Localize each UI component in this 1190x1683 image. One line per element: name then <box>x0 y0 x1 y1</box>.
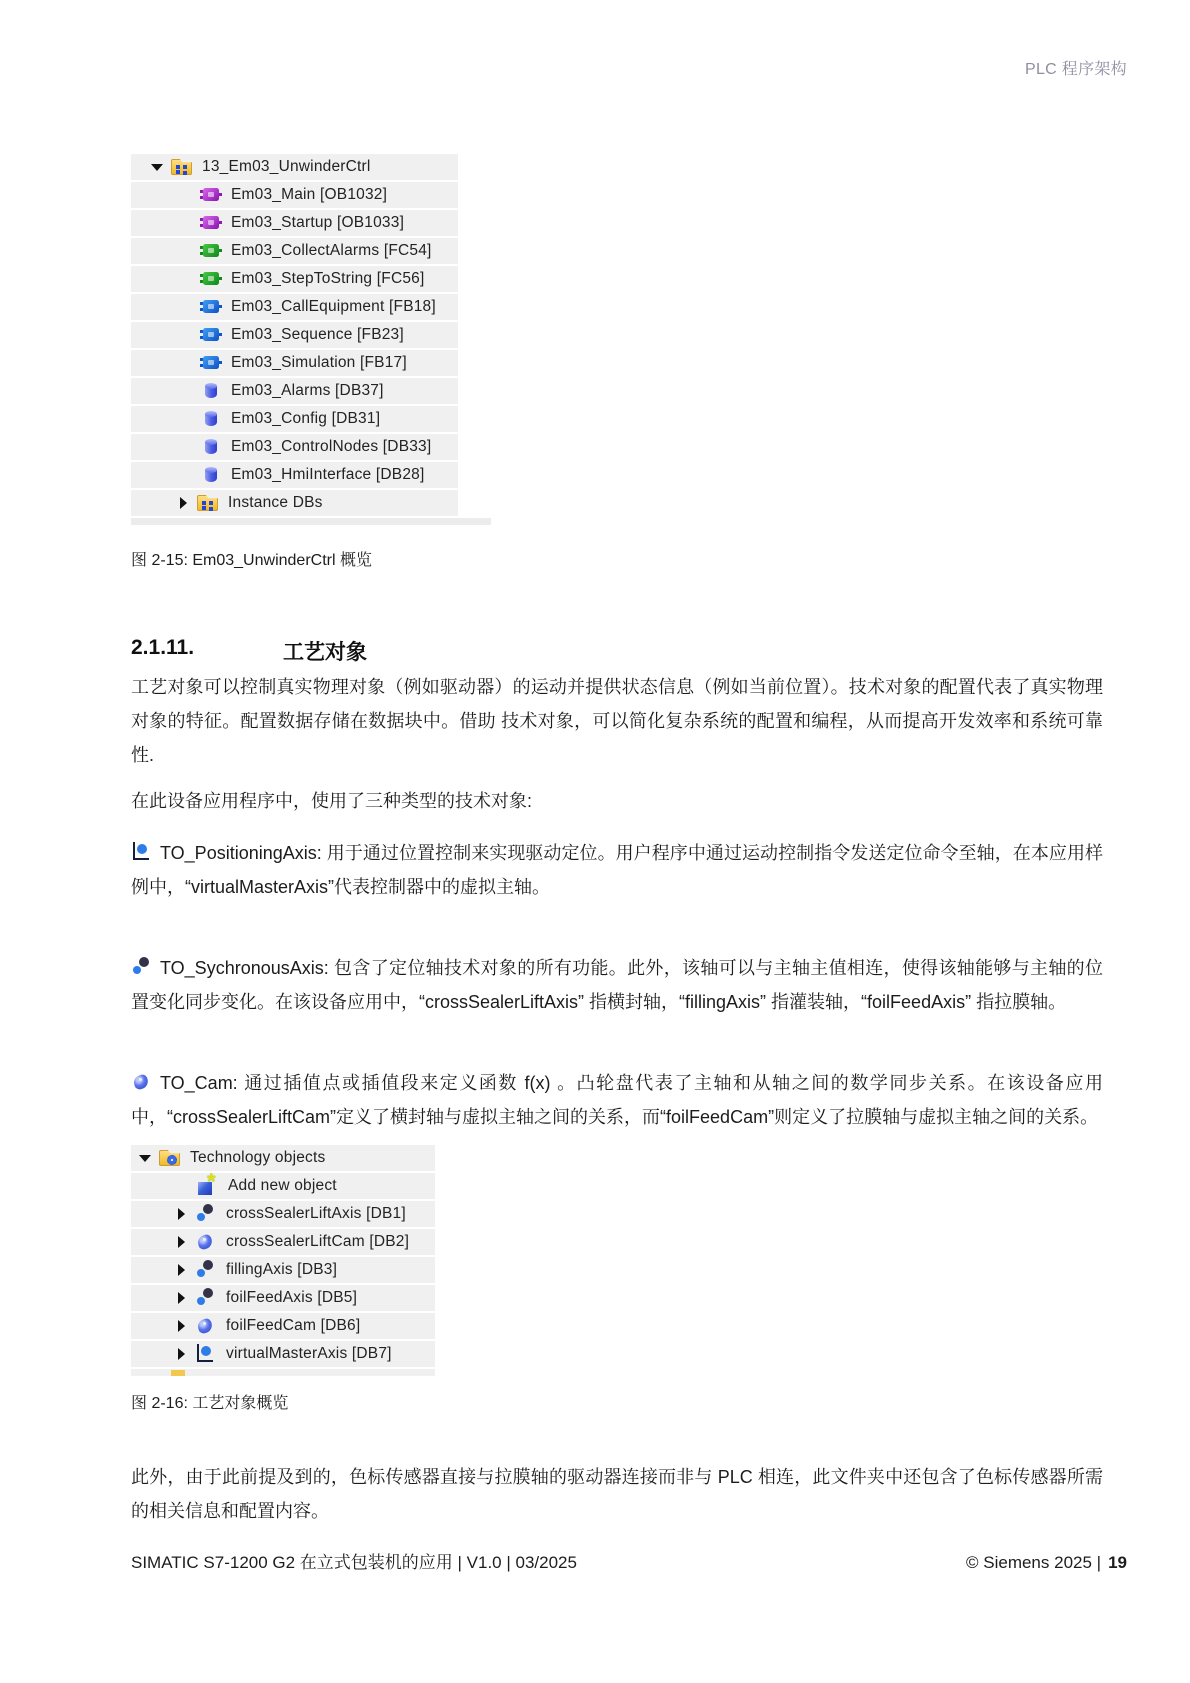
expand-arrow-icon <box>175 1263 189 1277</box>
paragraph-usage: 在此设备应用程序中，使用了三种类型的技术对象: <box>131 784 1103 818</box>
tree-row: Em03_Config [DB31] <box>131 406 458 432</box>
synchronous-axis-icon <box>131 957 155 979</box>
tree-row: fillingAxis [DB3] <box>131 1257 435 1283</box>
expand-arrow-icon <box>151 160 165 174</box>
positioning-axis-icon <box>131 842 155 864</box>
tree-row-label: Em03_Startup [OB1033] <box>231 214 404 232</box>
paragraph-note: 此外，由于此前提及到的，色标传感器直接与拉膜轴的驱动器连接而非与 PLC 相连，… <box>131 1460 1103 1528</box>
tree-row-label: Em03_Sequence [FB23] <box>231 326 404 344</box>
expand-arrow-icon <box>175 1347 189 1361</box>
cam-icon <box>131 1072 155 1094</box>
tree-row: virtualMasterAxis [DB7] <box>131 1341 435 1367</box>
tree-row-label: Em03_Simulation [FB17] <box>231 354 407 372</box>
ob-block-icon <box>200 213 222 233</box>
bullet-text: TO_PositioningAxis: 用于通过位置控制来实现驱动定位。用户程序… <box>131 843 1103 897</box>
ob-block-icon <box>200 185 222 205</box>
expand-arrow-icon <box>175 1235 189 1249</box>
tree-row-label: crossSealerLiftCam [DB2] <box>226 1233 409 1251</box>
db-block-icon <box>200 409 222 429</box>
tree-row: crossSealerLiftAxis [DB1] <box>131 1201 435 1227</box>
technology-object-bullet: TO_PositioningAxis: 用于通过位置控制来实现驱动定位。用户程序… <box>131 836 1103 904</box>
tree-row: Em03_CallEquipment [FB18] <box>131 294 458 320</box>
copyright-text: © Siemens 2025 | <box>966 1553 1101 1572</box>
fb-block-icon <box>200 325 222 345</box>
fc-block-icon <box>200 241 222 261</box>
tree-row: crossSealerLiftCam [DB2] <box>131 1229 435 1255</box>
expand-arrow-icon <box>139 1151 153 1165</box>
expand-arrow-icon <box>175 1207 189 1221</box>
tree-row: Em03_Simulation [FB17] <box>131 350 458 376</box>
program-folder-icon <box>171 157 193 177</box>
tree-row: foilFeedAxis [DB5] <box>131 1285 435 1311</box>
tree-row-label: Em03_ControlNodes [DB33] <box>231 438 431 456</box>
tree-row-label: Em03_Main [OB1032] <box>231 186 387 204</box>
page-number: 19 <box>1108 1553 1127 1572</box>
screenshot-cropped-row <box>131 1369 435 1376</box>
tree-row: Em03_Alarms [DB37] <box>131 378 458 404</box>
program-folder-icon <box>197 493 219 513</box>
fb-block-icon <box>200 353 222 373</box>
tree-row-label: Em03_CallEquipment [FB18] <box>231 298 436 316</box>
tree-row: Add new object <box>131 1173 435 1199</box>
tree-row: Em03_Main [OB1032] <box>131 182 458 208</box>
tree-row: Em03_CollectAlarms [FC54] <box>131 238 458 264</box>
expand-arrow-icon <box>175 1291 189 1305</box>
figure2-caption: 图 2-16: 工艺对象概览 <box>131 1390 288 1413</box>
tree-row-label: crossSealerLiftAxis [DB1] <box>226 1205 406 1223</box>
bullet-text: TO_Cam: 通过插值点或插值段来定义函数 f(x) 。凸轮盘代表了主轴和从轴… <box>131 1073 1103 1127</box>
add-new-object-icon <box>197 1176 219 1196</box>
tree-row: 13_Em03_UnwinderCtrl <box>131 154 458 180</box>
section-title: 工艺对象 <box>283 636 367 666</box>
tree-row: Em03_ControlNodes [DB33] <box>131 434 458 460</box>
tree-row-label: Add new object <box>228 1177 337 1195</box>
tree-row: foilFeedCam [DB6] <box>131 1313 435 1339</box>
screenshot-cropped-row <box>131 518 491 525</box>
fc-block-icon <box>200 269 222 289</box>
db-block-icon <box>200 437 222 457</box>
page-footer: SIMATIC S7-1200 G2 在立式包装机的应用 | V1.0 | 03… <box>131 1548 1127 1573</box>
tree-row-label: Em03_StepToString [FC56] <box>231 270 424 288</box>
tree-row-label: foilFeedCam [DB6] <box>226 1317 360 1335</box>
positioning-axis-icon <box>195 1344 217 1364</box>
tree-row-label: fillingAxis [DB3] <box>226 1261 337 1279</box>
cam-icon <box>195 1316 217 1336</box>
tree-row-label: virtualMasterAxis [DB7] <box>226 1345 392 1363</box>
bullet-text: TO_SychronousAxis: 包含了定位轴技术对象的所有功能。此外，该轴… <box>131 958 1103 1012</box>
figure-technology-objects-tree: Technology objects Add new object crossS… <box>131 1145 435 1376</box>
section-heading: 2.1.11. 工艺对象 <box>131 636 367 666</box>
tree-row-label: Em03_CollectAlarms [FC54] <box>231 242 432 260</box>
technology-folder-icon <box>159 1148 181 1168</box>
technology-object-bullets: TO_PositioningAxis: 用于通过位置控制来实现驱动定位。用户程序… <box>131 836 1103 1181</box>
footer-copyright: © Siemens 2025 |19 <box>966 1553 1127 1573</box>
synchronous-axis-icon <box>195 1288 217 1308</box>
tree-row-label: 13_Em03_UnwinderCtrl <box>202 158 371 176</box>
technology-object-bullet: TO_SychronousAxis: 包含了定位轴技术对象的所有功能。此外，该轴… <box>131 951 1103 1019</box>
tree-row: Em03_StepToString [FC56] <box>131 266 458 292</box>
expand-arrow-icon <box>177 496 191 510</box>
section-number: 2.1.11. <box>131 636 283 666</box>
db-block-icon <box>200 381 222 401</box>
tree-row-label: Technology objects <box>190 1149 325 1167</box>
figure1-caption: 图 2-15: Em03_UnwinderCtrl 概览 <box>131 547 372 570</box>
fb-block-icon <box>200 297 222 317</box>
tree-row-label: Instance DBs <box>228 494 323 512</box>
footer-document-title: SIMATIC S7-1200 G2 在立式包装机的应用 | V1.0 | 03… <box>131 1548 577 1573</box>
paragraph-intro: 工艺对象可以控制真实物理对象（例如驱动器）的运动并提供状态信息（例如当前位置）。… <box>131 670 1103 772</box>
expand-arrow-icon <box>175 1319 189 1333</box>
running-header: PLC 程序架构 <box>1025 56 1127 79</box>
document-page: PLC 程序架构 13_Em03_UnwinderCtrl Em03_Main … <box>0 0 1190 1683</box>
tree-row: Em03_Startup [OB1033] <box>131 210 458 236</box>
tree-row-label: Em03_HmiInterface [DB28] <box>231 466 424 484</box>
tree-row: Instance DBs <box>131 490 458 516</box>
figure-em03-block-tree: 13_Em03_UnwinderCtrl Em03_Main [OB1032] … <box>131 154 458 525</box>
tree-row: Em03_Sequence [FB23] <box>131 322 458 348</box>
tree-row-label: Em03_Config [DB31] <box>231 410 380 428</box>
tree-row-label: foilFeedAxis [DB5] <box>226 1289 357 1307</box>
tree-row-label: Em03_Alarms [DB37] <box>231 382 384 400</box>
technology-object-bullet: TO_Cam: 通过插值点或插值段来定义函数 f(x) 。凸轮盘代表了主轴和从轴… <box>131 1066 1103 1134</box>
cam-icon <box>195 1232 217 1252</box>
db-block-icon <box>200 465 222 485</box>
synchronous-axis-icon <box>195 1204 217 1224</box>
synchronous-axis-icon <box>195 1260 217 1280</box>
tree-row: Em03_HmiInterface [DB28] <box>131 462 458 488</box>
tree-row: Technology objects <box>131 1145 435 1171</box>
